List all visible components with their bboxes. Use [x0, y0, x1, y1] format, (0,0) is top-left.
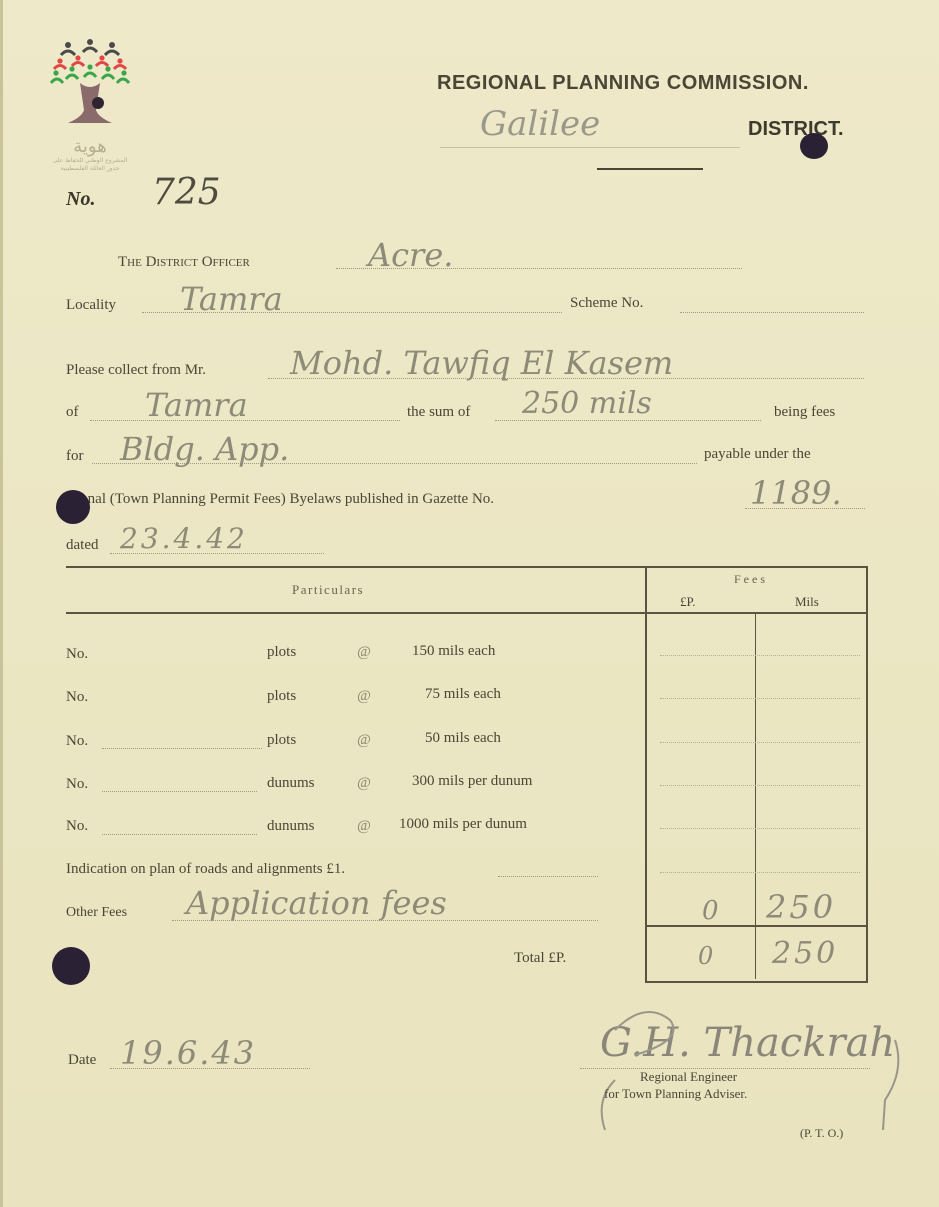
district-label: DISTRICT.	[748, 118, 844, 141]
commission-title: REGIONAL PLANNING COMMISSION.	[437, 72, 809, 95]
district-value: Galilee	[480, 104, 600, 144]
punch-hole	[56, 490, 90, 524]
collect-value[interactable]: Mohd. Tawfiq El Kasem	[290, 344, 673, 382]
sum-label: the sum of	[407, 404, 470, 421]
other-fees-label: Other Fees	[66, 905, 127, 921]
collect-label: Please collect from Mr.	[66, 362, 206, 379]
district-officer-label: The District Officer	[118, 254, 250, 271]
col-mils-header: Mils	[795, 594, 819, 610]
locality-label: Locality	[66, 297, 116, 314]
signatory-line1: Regional Engineer	[640, 1069, 737, 1085]
for-label: for	[66, 448, 84, 465]
family-tree-icon	[50, 35, 130, 130]
hawiya-logo: هوية المشروع الوطني للحفاظ على جذور العا…	[50, 35, 130, 173]
number-value: 725	[152, 172, 221, 213]
date-value[interactable]: 19.6.43	[120, 1034, 256, 1072]
other-fees-value[interactable]: Application fees	[186, 884, 447, 922]
fees-header: Fees	[734, 572, 768, 587]
of-value[interactable]: Tamra	[145, 386, 248, 424]
payable-label: payable under the	[704, 446, 811, 463]
sum-value[interactable]: 250 mils	[522, 386, 652, 421]
date-label: Date	[68, 1052, 96, 1069]
indication-label: Indication on plan of roads and alignmen…	[66, 861, 345, 878]
header-rule	[597, 168, 703, 170]
locality-value[interactable]: Tamra	[180, 280, 283, 318]
being-fees-label: being fees	[774, 404, 835, 421]
total-label: Total £P.	[514, 950, 566, 967]
total-lp[interactable]: 0	[698, 942, 713, 970]
scheme-label: Scheme No.	[570, 295, 643, 312]
other-fees-lp[interactable]: 0	[702, 896, 719, 926]
other-fees-mils[interactable]: 250	[766, 888, 836, 926]
logo-arabic-title: هوية	[50, 136, 130, 157]
pto-label: (P. T. O.)	[800, 1126, 843, 1141]
of-label: of	[66, 404, 79, 421]
dated-value[interactable]: 23.4.42	[120, 522, 248, 555]
total-mils[interactable]: 250	[772, 936, 838, 971]
col-lp-header: £P.	[680, 594, 696, 610]
punch-hole	[52, 947, 90, 985]
byelaws-text: ional (Town Planning Permit Fees) Byelaw…	[76, 491, 494, 508]
signatory-line2: for Town Planning Adviser.	[604, 1086, 747, 1102]
number-label: No.	[66, 188, 95, 211]
dated-label: dated	[66, 537, 98, 554]
for-value[interactable]: Bldg. App.	[120, 430, 289, 468]
gazette-value[interactable]: 1189.	[750, 474, 842, 512]
punch-hole	[800, 133, 828, 159]
signature-flourish	[575, 1000, 915, 1140]
district-officer-value[interactable]: Acre.	[368, 236, 453, 274]
logo-arabic-caption: المشروع الوطني للحفاظ على جذور العائلة ا…	[40, 157, 140, 173]
particulars-header: Particulars	[292, 582, 364, 598]
